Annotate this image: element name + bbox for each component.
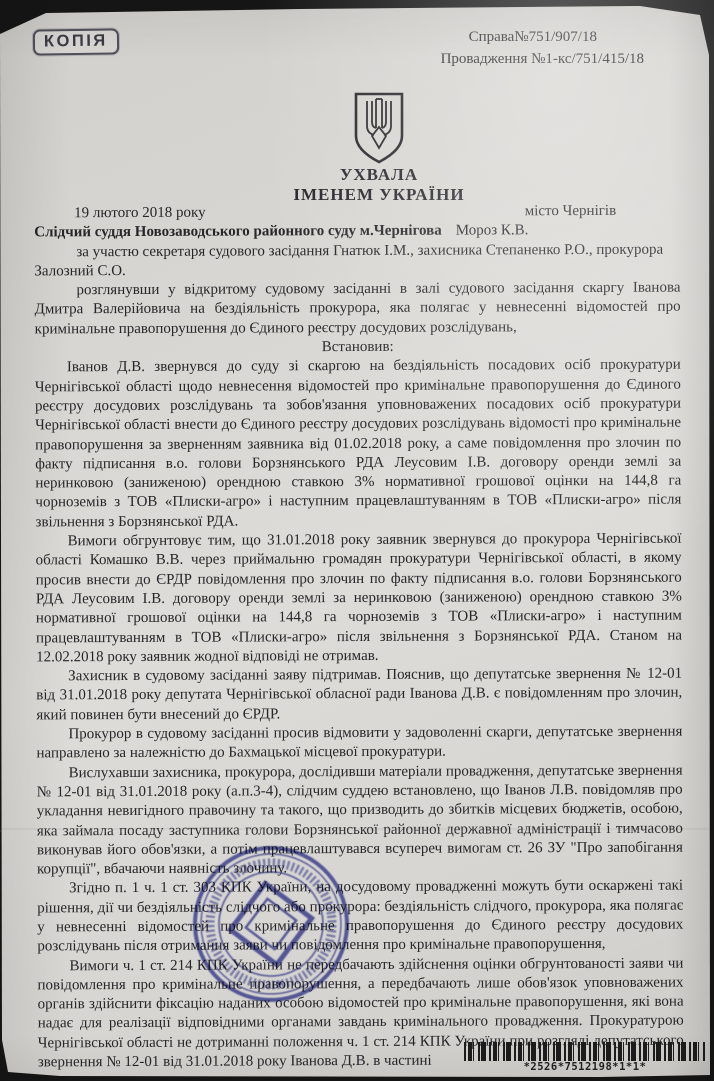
date-city-line: 19 лютого 2018 року місто Чернігів xyxy=(34,202,680,224)
case-number: Справа№751/907/18 xyxy=(469,26,644,48)
document-body: 19 лютого 2018 року місто Чернігів Слідч… xyxy=(34,202,684,1073)
body-paragraph: Вислухавши захисника, прокурора, досліди… xyxy=(37,761,683,880)
ukraine-trident-icon xyxy=(353,92,405,164)
body-paragraph: Вимоги обгрунтовує тим, що 31.01.2018 ро… xyxy=(36,530,683,668)
scanned-court-ruling-photo: КОПІЯ Справа№751/907/18 Провадження №1-к… xyxy=(0,0,714,1081)
barcode-number: *2526*7512198*1*1* xyxy=(464,1061,706,1073)
body-paragraph: Згідно п. 1 ч. 1 ст. 303 КПК України, на… xyxy=(37,877,683,957)
blue-round-seal-icon xyxy=(180,833,363,1016)
title-uhvala: УХВАЛА xyxy=(22,165,714,185)
preamble-paragraph: розглянувши у відкритому судовому засіда… xyxy=(34,279,680,340)
document-title: УХВАЛА ІМЕНЕМ УКРАЇНИ xyxy=(22,165,714,205)
judge-name: Мороз К.В. xyxy=(456,223,529,239)
participants-paragraph: за участю секретаря судового засідання Г… xyxy=(34,240,680,281)
court-name: Слідчий суддя Новозаводського районного … xyxy=(34,223,442,241)
barcode: *2526*7512198*1*1* xyxy=(464,1042,706,1074)
ruling-date: 19 лютого 2018 року xyxy=(74,204,206,224)
coat-of-arms-wrap xyxy=(22,92,714,169)
case-numbers: Справа№751/907/18 Провадження №1-кс/751/… xyxy=(469,26,644,70)
body-paragraph: Прокурор в судовому засіданні просив від… xyxy=(36,723,682,764)
body-paragraph: Іванов Д.В. звернувся до суду зі скаргою… xyxy=(35,356,682,532)
proceeding-number: Провадження №1-кс/751/415/18 xyxy=(441,48,644,70)
barcode-bars xyxy=(464,1042,706,1061)
copy-stamp: КОПІЯ xyxy=(33,28,119,55)
ruling-city: місто Чернігів xyxy=(525,202,617,222)
body-paragraph: Захисник в судовому засіданні заяву підт… xyxy=(36,665,682,726)
